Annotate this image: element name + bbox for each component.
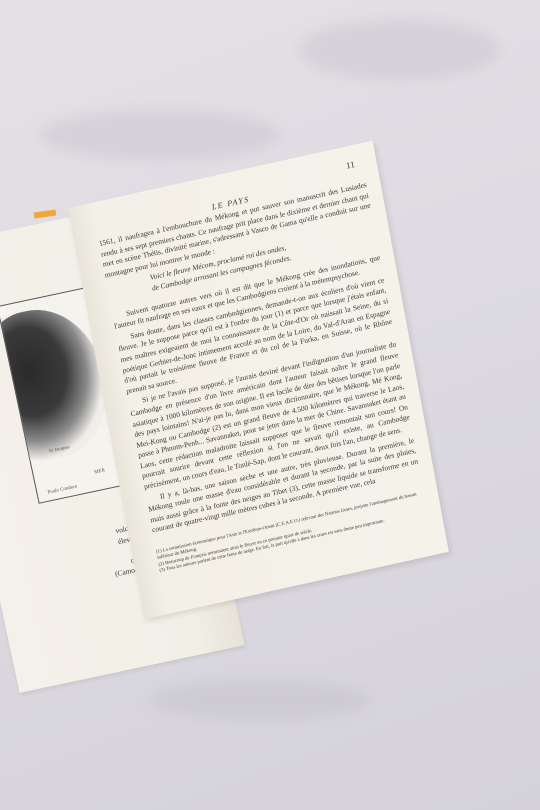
page-number: 11 [345,159,355,171]
open-book: et les boues plus que la grande fertilit… [0,0,540,810]
map-label-poulo-condore: Poulo Condore [47,484,78,495]
right-page-content: 11 LE PAYS 1561, il naufragea à l'embouc… [93,153,433,604]
book-cover-edge-top [34,209,57,218]
map-label-mer: MER [94,468,106,475]
